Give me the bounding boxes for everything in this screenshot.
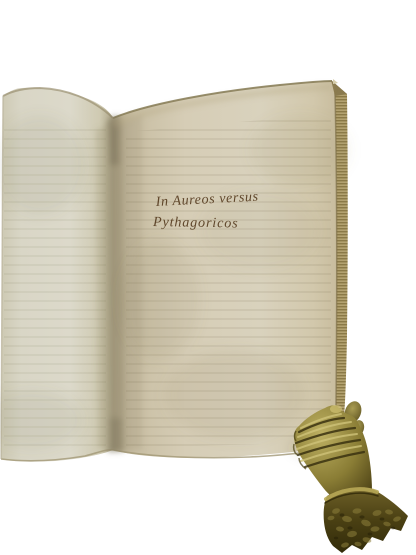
book-photograph: In Aureos versus Pythagoricos xyxy=(0,0,416,555)
photo-canvas: In Aureos versus Pythagoricos xyxy=(0,0,416,555)
knuckle-highlight xyxy=(330,405,342,413)
inscription-line-2: Pythagoricos xyxy=(152,215,239,232)
book: In Aureos versus Pythagoricos xyxy=(0,79,350,462)
brass-hand-holder xyxy=(294,399,408,553)
page-corner-fold-highlight xyxy=(333,79,338,84)
